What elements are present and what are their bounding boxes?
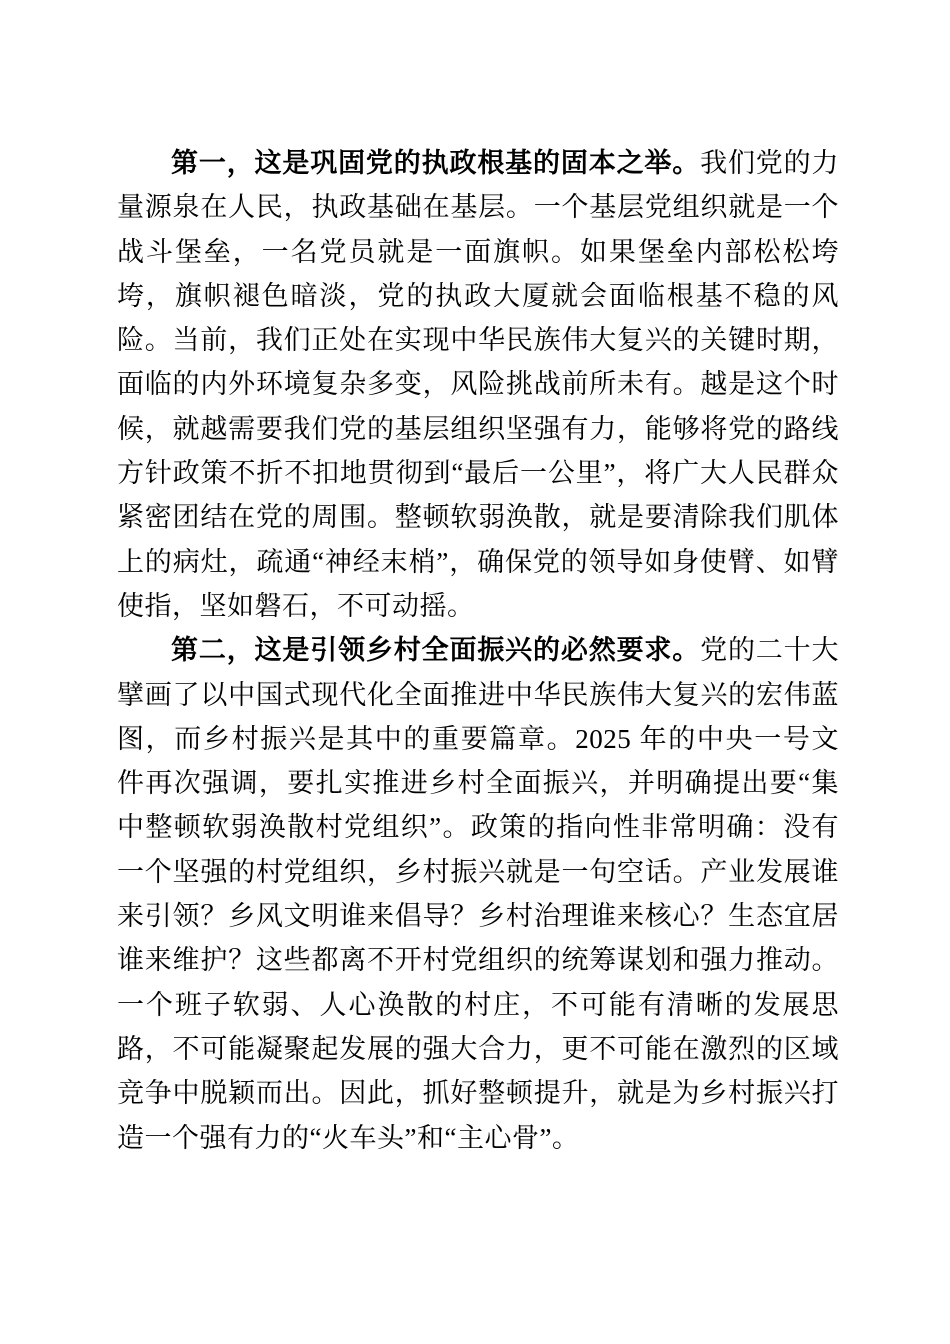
paragraph-1-lead-sentence: 第一，这是巩固党的执政根基的固本之举。: [171, 148, 700, 178]
paragraph-2-body-text: 党的二十大擘画了以中国式现代化全面推进中华民族伟大复兴的宏伟蓝图，而乡村振兴是其…: [117, 635, 839, 1152]
paragraph-1: 第一，这是巩固党的执政根基的固本之举。我们党的力量源泉在人民，执政基础在基层。一…: [117, 141, 839, 628]
document-content: 第一，这是巩固党的执政根基的固本之举。我们党的力量源泉在人民，执政基础在基层。一…: [117, 141, 839, 1160]
paragraph-2-lead-sentence: 第二，这是引领乡村全面振兴的必然要求。: [171, 635, 700, 665]
paragraph-1-body-text: 我们党的力量源泉在人民，执政基础在基层。一个基层党组织就是一个战斗堡垒，一名党员…: [117, 148, 839, 621]
document-page: 第一，这是巩固党的执政根基的固本之举。我们党的力量源泉在人民，执政基础在基层。一…: [0, 0, 950, 1344]
paragraph-2: 第二，这是引领乡村全面振兴的必然要求。党的二十大擘画了以中国式现代化全面推进中华…: [117, 628, 839, 1160]
